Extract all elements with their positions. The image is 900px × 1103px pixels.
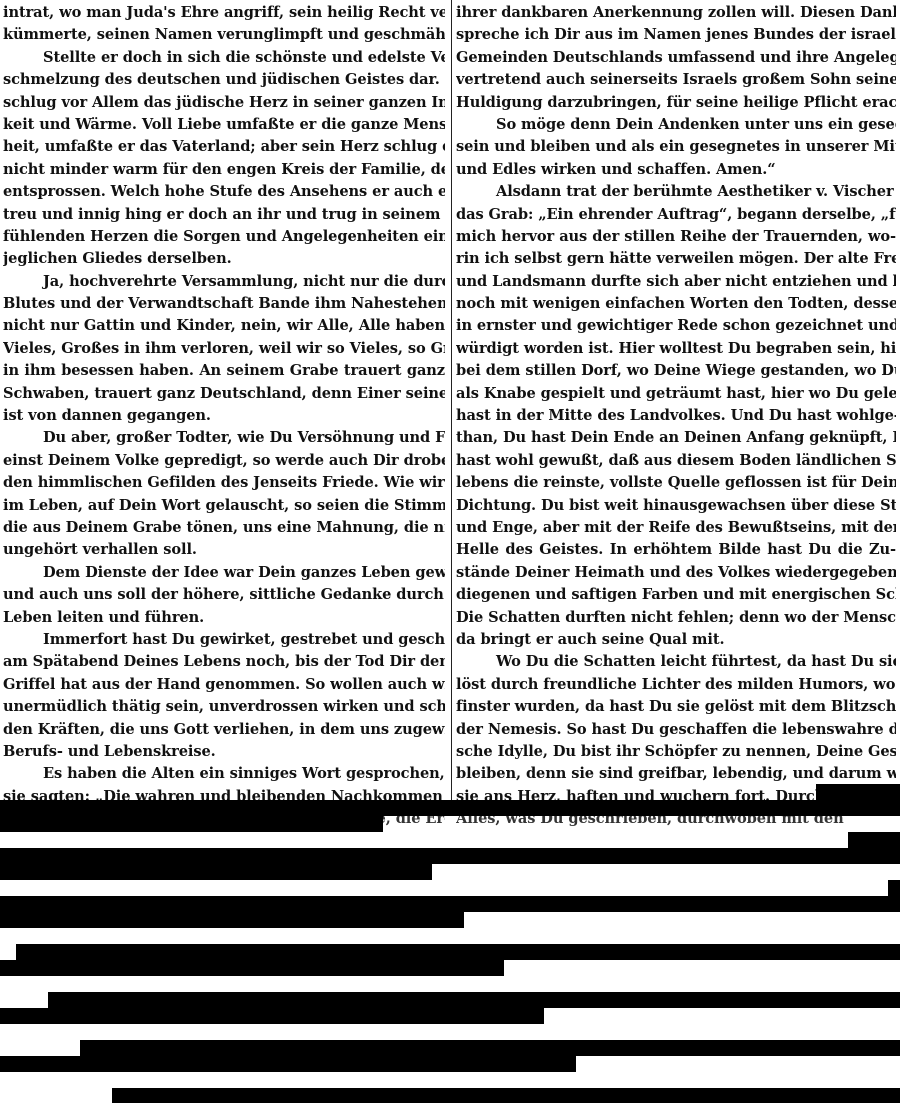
- paragraph-first-line: Wo Du die Schatten leicht führtest, da h…: [456, 651, 896, 673]
- text-line: und Landsmann durfte sich aber nicht ent…: [456, 271, 896, 293]
- text-line: Blutes und der Verwandtschaft Bande ihm …: [3, 293, 445, 315]
- text-line: Die Schatten durften nicht fehlen; denn …: [456, 607, 896, 629]
- redaction-block: [80, 1040, 900, 1056]
- redaction-block: [0, 848, 900, 864]
- text-line: hast wohl gewußt, daß aus diesem Boden l…: [456, 450, 896, 472]
- text-line: das Grab: „Ein ehrender Auftrag“, begann…: [456, 204, 896, 226]
- redaction-block: [0, 896, 900, 912]
- redaction-block: [816, 784, 900, 800]
- left-column: intrat, wo man Juda's Ehre angriff, sein…: [3, 2, 445, 830]
- text-line: den Kräften, die uns Gott verliehen, in …: [3, 719, 445, 741]
- text-line: Schwaben, trauert ganz Deutschland, denn…: [3, 383, 445, 405]
- text-line: Griffel hat aus der Hand genommen. So wo…: [3, 674, 445, 696]
- paragraph-first-line: Es haben die Alten ein sinniges Wort ges…: [3, 763, 445, 785]
- text-line: Dichtung. Du bist weit hinausgewachsen ü…: [456, 495, 896, 517]
- text-line: einst Deinem Volke gepredigt, so werde a…: [3, 450, 445, 472]
- redaction-block: [16, 944, 900, 960]
- text-line: im Leben, auf Dein Wort gelauscht, so se…: [3, 495, 445, 517]
- paragraph-first-line: Dem Dienste der Idee war Dein ganzes Leb…: [3, 562, 445, 584]
- text-line: jeglichen Gliedes derselben.: [3, 248, 445, 270]
- text-line: die aus Deinem Grabe tönen, uns eine Mah…: [3, 517, 445, 539]
- text-line: der Nemesis. So hast Du geschaffen die l…: [456, 719, 896, 741]
- text-line: kümmerte, seinen Namen verunglimpft und …: [3, 24, 445, 46]
- redaction-block: [0, 816, 383, 832]
- text-line: in ernster und gewichtiger Rede schon ge…: [456, 315, 896, 337]
- text-line: mich hervor aus der stillen Reihe der Tr…: [456, 226, 896, 248]
- text-line: unermüdlich thätig sein, unverdrossen wi…: [3, 696, 445, 718]
- text-line: nicht nur Gattin und Kinder, nein, wir A…: [3, 315, 445, 337]
- text-line: vertretend auch seinerseits Israels groß…: [456, 69, 896, 91]
- text-line: Vieles, Großes in ihm verloren, weil wir…: [3, 338, 445, 360]
- right-column: ihrer dankbaren Anerkennung zollen will.…: [456, 2, 896, 830]
- redaction-block: [848, 832, 900, 848]
- paragraph-first-line: Stellte er doch in sich die schönste und…: [3, 47, 445, 69]
- text-line: ist von dannen gegangen.: [3, 405, 445, 427]
- text-line: fühlenden Herzen die Sorgen und Angelege…: [3, 226, 445, 248]
- text-line: schmelzung des deutschen und jüdischen G…: [3, 69, 445, 91]
- text-line: bei dem stillen Dorf, wo Deine Wiege ges…: [456, 360, 896, 382]
- text-line: stände Deiner Heimath und des Volkes wie…: [456, 562, 896, 584]
- text-line: sche Idylle, Du bist ihr Schöpfer zu nen…: [456, 741, 896, 763]
- text-line: entsprossen. Welch hohe Stufe des Ansehe…: [3, 181, 445, 203]
- redaction-block: [0, 864, 432, 880]
- redaction-block: [112, 1088, 900, 1103]
- text-line: am Spätabend Deines Lebens noch, bis der…: [3, 651, 445, 673]
- text-line: ungehört verhallen soll.: [3, 539, 445, 561]
- redaction-block: [0, 960, 504, 976]
- paragraph-first-line: So möge denn Dein Andenken unter uns ein…: [456, 114, 896, 136]
- text-line: ihrer dankbaren Anerkennung zollen will.…: [456, 2, 896, 24]
- text-line: Helle des Geistes. In erhöhtem Bilde has…: [456, 539, 896, 561]
- text-line: intrat, wo man Juda's Ehre angriff, sein…: [3, 2, 445, 24]
- paragraph-first-line: Alsdann trat der berühmte Aesthetiker v.…: [456, 181, 896, 203]
- text-line: Huldigung darzubringen, für seine heilig…: [456, 92, 896, 114]
- redaction-block: [0, 1056, 576, 1072]
- text-line: bleiben, denn sie sind greifbar, lebendi…: [456, 763, 896, 785]
- text-line: schlug vor Allem das jüdische Herz in se…: [3, 92, 445, 114]
- text-line: sein und bleiben und als ein gesegnetes …: [456, 136, 896, 158]
- text-line: und auch uns soll der höhere, sittliche …: [3, 584, 445, 606]
- text-line: Berufs- und Lebenskreise.: [3, 741, 445, 763]
- text-line: heit, umfaßte er das Vaterland; aber sei…: [3, 136, 445, 158]
- text-line: den himmlischen Gefilden des Jenseits Fr…: [3, 472, 445, 494]
- text-line: nicht minder warm für den engen Kreis de…: [3, 159, 445, 181]
- text-line: rin ich selbst gern hätte verweilen möge…: [456, 248, 896, 270]
- column-divider: [451, 0, 452, 800]
- text-line: und Enge, aber mit der Reife des Bewußts…: [456, 517, 896, 539]
- text-line: noch mit wenigen einfachen Worten den To…: [456, 293, 896, 315]
- redaction-block: [48, 992, 900, 1008]
- text-line: löst durch freundliche Lichter des milde…: [456, 674, 896, 696]
- newspaper-page: intrat, wo man Juda's Ehre angriff, sein…: [0, 0, 900, 1103]
- text-line: spreche ich Dir aus im Namen jenes Bunde…: [456, 24, 896, 46]
- text-line: als Knabe gespielt und geträumt hast, hi…: [456, 383, 896, 405]
- text-line: treu und innig hing er doch an ihr und t…: [3, 204, 445, 226]
- paragraph-first-line: Immerfort hast Du gewirket, gestrebet un…: [3, 629, 445, 651]
- text-line: keit und Wärme. Voll Liebe umfaßte er di…: [3, 114, 445, 136]
- text-line: in ihm besessen haben. An seinem Grabe t…: [3, 360, 445, 382]
- redaction-block: [0, 1008, 544, 1024]
- text-line: Gemeinden Deutschlands umfassend und ihr…: [456, 47, 896, 69]
- text-line: würdigt worden ist. Hier wolltest Du beg…: [456, 338, 896, 360]
- text-line: da bringt er auch seine Qual mit.: [456, 629, 896, 651]
- text-line: than, Du hast Dein Ende an Deinen Anfang…: [456, 427, 896, 449]
- redaction-block: [888, 880, 900, 896]
- redaction-block: [0, 800, 900, 816]
- paragraph-first-line: Du aber, großer Todter, wie Du Versöhnun…: [3, 427, 445, 449]
- text-line: hast in der Mitte des Landvolkes. Und Du…: [456, 405, 896, 427]
- text-line: diegenen und saftigen Farben und mit ene…: [456, 584, 896, 606]
- redaction-block: [0, 912, 464, 928]
- paragraph-first-line: Ja, hochverehrte Versammlung, nicht nur …: [3, 271, 445, 293]
- text-line: Leben leiten und führen.: [3, 607, 445, 629]
- text-line: und Edles wirken und schaffen. Amen.“: [456, 159, 896, 181]
- text-line: finster wurden, da hast Du sie gelöst mi…: [456, 696, 896, 718]
- text-line: lebens die reinste, vollste Quelle geflo…: [456, 472, 896, 494]
